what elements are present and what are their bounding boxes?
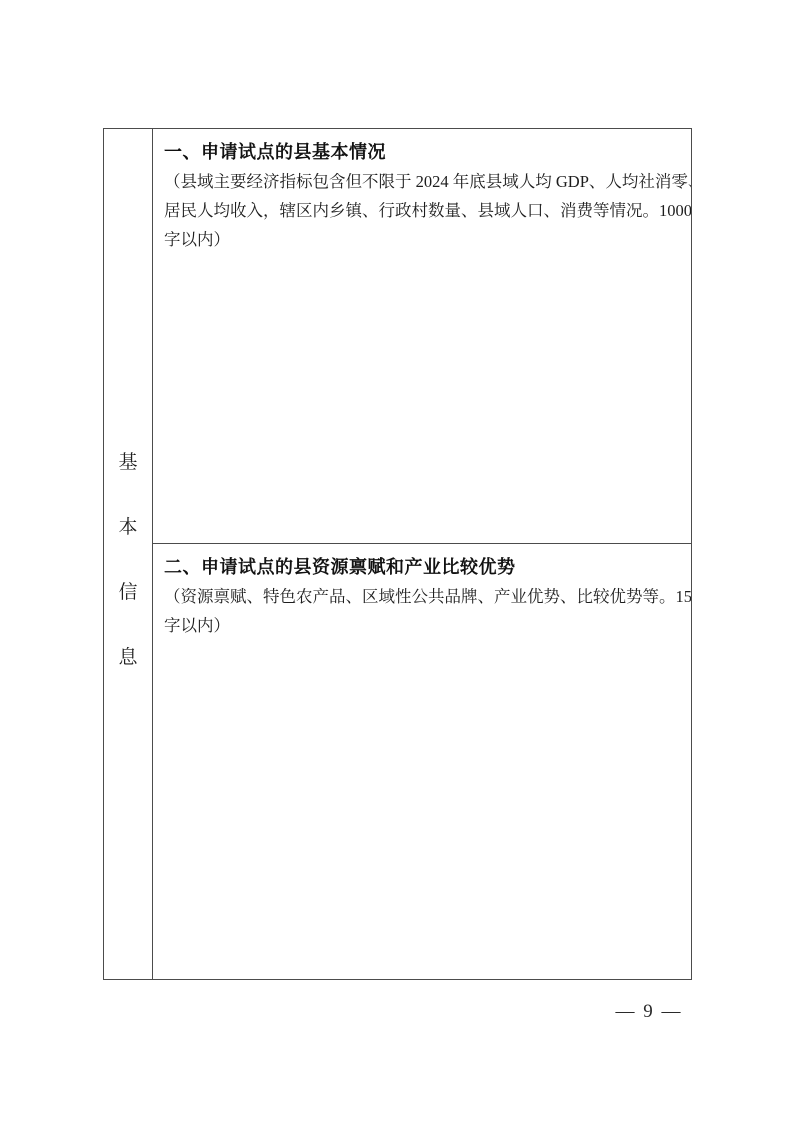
section-2-description: （资源禀赋、特色农产品、区域性公共品牌、产业优势、比较优势等。1500 字以内） xyxy=(164,582,683,640)
basic-info-table: 基 本 信 息 一、申请试点的县基本情况 （县域主要经济指标包含但不限于 202… xyxy=(103,128,692,980)
section-2-heading: 二、申请试点的县资源禀赋和产业比较优势 xyxy=(164,553,683,582)
row-label-char-1: 基 xyxy=(118,453,137,472)
section-1-cell: 一、申请试点的县基本情况 （县域主要经济指标包含但不限于 2024 年底县域人均… xyxy=(153,129,691,544)
document-page: 基 本 信 息 一、申请试点的县基本情况 （县域主要经济指标包含但不限于 202… xyxy=(0,0,793,1122)
section-1-heading: 一、申请试点的县基本情况 xyxy=(164,138,683,167)
row-label-char-2: 本 xyxy=(118,518,137,537)
page-number: — 9 — xyxy=(604,1001,694,1023)
row-label-char-4: 息 xyxy=(118,648,137,667)
row-label-column: 基 本 信 息 xyxy=(104,129,153,979)
section-1-description: （县域主要经济指标包含但不限于 2024 年底县域人均 GDP、人均社消零、 居… xyxy=(164,167,683,254)
section-2-cell: 二、申请试点的县资源禀赋和产业比较优势 （资源禀赋、特色农产品、区域性公共品牌、… xyxy=(153,544,691,979)
table-content-column: 一、申请试点的县基本情况 （县域主要经济指标包含但不限于 2024 年底县域人均… xyxy=(153,129,691,979)
row-label-char-3: 信 xyxy=(118,583,137,602)
